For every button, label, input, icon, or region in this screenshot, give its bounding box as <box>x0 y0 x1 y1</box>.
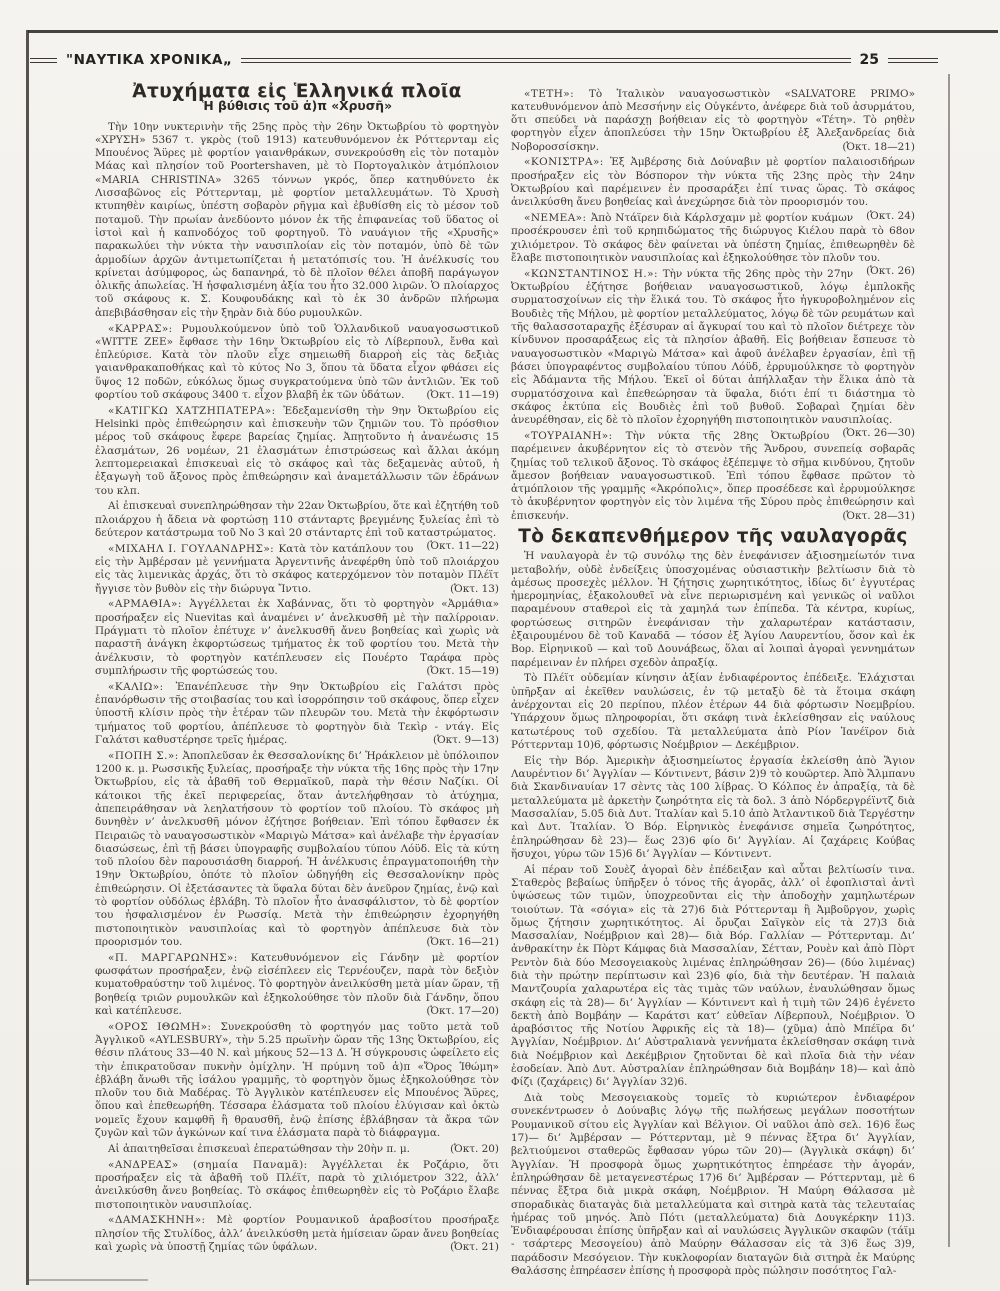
ship-name: «ΜΙΧΑΗΛ Ι. ΓΟΥΛΑΝΔΡΗΣ»: <box>108 543 278 555</box>
ship-name: «ΑΡΜΑΘΙΑ»: <box>108 598 189 610</box>
news-entry: Αἱ ἀπαιτηθεῖσαι ἐπισκευαὶ ἐπερατώθησαν τ… <box>95 1143 499 1156</box>
news-entry: «ΑΝΔΡΕΑΣ» (σημαία Παναμᾶ): Ἀγγέλλεται ἐκ… <box>95 1159 499 1212</box>
section-title: Τὸ δεκαπενθήμερον τῆς ναυλαγορᾶς <box>511 530 915 543</box>
market-paragraph: Αἱ πέραν τοῦ Σουὲζ ἀγοραὶ δὲν ἐπέδειξαν … <box>511 864 915 1090</box>
magazine-page: "ΝΑΥΤΙΚΑ ΧΡΟΝΙΚΑ„ 25 Ἀτυχήματα εἰς Ἑλλην… <box>0 0 1000 1291</box>
right-column: «ΤΕΤΗ»: Τὸ Ἰταλικὸν ναυαγοσωστικὸν «SALV… <box>511 85 915 1281</box>
ship-name: «ΑΝΔΡΕΑΣ» (σημαία Παναμᾶ): <box>108 1159 322 1171</box>
ship-name: «ΚΟΝΙΣΤΡΑ»: <box>524 156 610 168</box>
scan-edge-left <box>26 30 29 1285</box>
ship-name: «ΝΕΜΕΑ»: <box>524 212 591 224</box>
market-paragraph: Εἰς τὴν Βόρ. Ἀμερικὴν ἀξιοσημείωτος ἐργα… <box>511 755 915 861</box>
news-entry: «ΚΑΛΙΩ»: Ἐπανέπλευσε τὴν 9ην Ὀκτωβρίου ε… <box>95 681 499 747</box>
news-entry: «ΚΑΡΡΑΣ»: Ρυμουλκούμενον ὑπὸ τοῦ Ὁλλανδι… <box>95 323 499 403</box>
date-ref: (Ὀκτ. 16—21) <box>413 936 499 949</box>
date-ref: (Ὀκτ. 11—22) <box>413 540 499 553</box>
news-entry: «ΑΡΜΑΘΙΑ»: Ἀγγέλλεται ἐκ Χαβάννας, ὅτι τ… <box>95 598 499 678</box>
news-entry: «ΤΕΤΗ»: Τὸ Ἰταλικὸν ναυαγοσωστικὸν «SALV… <box>511 88 915 154</box>
date-ref: (Ὀκτ. 28—31) <box>829 510 915 523</box>
news-entry: «ΠΟΠΗ Σ.»: Ἀποπλεῦσαν ἐκ Θεσσαλονίκης δι… <box>95 750 499 949</box>
date-ref: (Ὀκτ. 26) <box>853 265 915 278</box>
market-paragraph: Διὰ τοὺς Μεσογειακοὺς τομεῖς τὸ κυριώτερ… <box>511 1092 915 1278</box>
news-entry: «ΤΟΥΡΑΙΑΝΗ»: Τὴν νύκτα τῆς 28ης Ὀκτωβρίο… <box>511 430 915 523</box>
ship-name: «ΔΑΜΑΣΚΗΝΗ»: <box>108 1214 216 1226</box>
page-number: 25 <box>860 52 879 68</box>
news-entry: Τὴν 10ην νυκτερινὴν τῆς 25ης πρὸς τὴν 26… <box>95 121 499 320</box>
article-title: Ἀτυχήματα εἰς Ἑλληνικά πλοῖα <box>95 85 499 98</box>
masthead-title: "ΝΑΥΤΙΚΑ ΧΡΟΝΙΚΑ„ <box>66 52 232 68</box>
ship-name: «ΚΑΡΡΑΣ»: <box>108 323 182 335</box>
news-entry: «ΔΑΜΑΣΚΗΝΗ»: Μὲ φορτίον Ρουμανικοῦ ἀραβο… <box>95 1214 499 1254</box>
ship-name: «ΠΟΠΗ Σ.»: <box>108 750 182 762</box>
ship-name: «ΚΑΤΙΓΚΩ ΧΑΤΖΗΠΑΤΕΡΑ»: <box>108 405 283 417</box>
two-column-layout: Ἀτυχήματα εἰς Ἑλληνικά πλοῖα Ἡ βύθισις τ… <box>0 68 1000 1281</box>
article-subtitle: Ἡ βύθισις τοῦ ἀ)π «Χρυσῆ» <box>95 100 499 113</box>
news-entry: «ΟΡΟΣ ΙΘΩΜΗ»: Συνεκρούσθη τὸ φορτηγόν μα… <box>95 1021 499 1141</box>
date-ref: (Ὀκτ. 21) <box>437 1241 499 1254</box>
ship-name: «ΚΩΝΣΤΑΝΤΙΝΟΣ Η.»: <box>524 268 663 280</box>
ship-name: «Π. ΜΑΡΓΑΡΩΝΗΣ»: <box>108 952 251 964</box>
date-ref: (Ὀκτ. 9—13) <box>420 734 499 747</box>
date-ref: (Ὀκτ. 13) <box>437 583 499 596</box>
scan-edge-bottom <box>28 1279 148 1281</box>
double-rule-center <box>241 58 850 63</box>
date-ref: (Ὀκτ. 24) <box>853 210 915 223</box>
date-ref: (Ὀκτ. 11—19) <box>413 389 499 402</box>
news-entry: «ΚΟΝΙΣΤΡΑ»: Ἐξ Ἀμβέρσης διὰ Δούναβιν μὲ … <box>511 156 915 209</box>
date-ref: (Ὀκτ. 26—30) <box>829 427 915 440</box>
date-ref: (Ὀκτ. 20) <box>437 1143 499 1156</box>
double-rule-left <box>30 58 57 63</box>
news-entry: «ΚΑΤΙΓΚΩ ΧΑΤΖΗΠΑΤΕΡΑ»: Ἐδεξαμενίσθη τὴν … <box>95 405 499 498</box>
ship-name: «ΤΟΥΡΑΙΑΝΗ»: <box>524 430 626 442</box>
date-ref: (Ὀκτ. 15—19) <box>413 665 499 678</box>
date-ref: (Ὀκτ. 18—21) <box>829 141 915 154</box>
news-entry: «ΚΩΝΣΤΑΝΤΙΝΟΣ Η.»: Τὴν νύκτα τῆς 26ης πρ… <box>511 268 915 428</box>
left-column: Ἀτυχήματα εἰς Ἑλληνικά πλοῖα Ἡ βύθισις τ… <box>95 85 499 1281</box>
date-ref: (Ὀκτ. 17—20) <box>413 1005 499 1018</box>
news-entry: «Π. ΜΑΡΓΑΡΩΝΗΣ»: Κατευθυνόμενον εἰς Γάνδ… <box>95 952 499 1018</box>
market-paragraph: Ἡ ναυλαγορὰ ἐν τῷ συνόλῳ της δὲν ἐνεφάνι… <box>511 550 915 670</box>
market-paragraph: Τὸ Πλέϊτ οὐδεμίαν κίνησιν ἀξίαν ἐνδιαφέρ… <box>511 672 915 752</box>
news-entry: Αἱ ἐπισκευαὶ συνεπληρώθησαν τὴν 22αν Ὀκτ… <box>95 500 499 540</box>
scan-edge-top <box>28 30 998 33</box>
double-rule-right <box>888 58 938 63</box>
ship-name: «ΤΕΤΗ»: <box>524 88 589 100</box>
masthead-row: "ΝΑΥΤΙΚΑ ΧΡΟΝΙΚΑ„ 25 <box>0 52 1000 68</box>
scan-edge-right <box>948 74 950 1247</box>
ship-name: «ΟΡΟΣ ΙΘΩΜΗ»: <box>108 1021 221 1033</box>
ship-name: «ΚΑΛΙΩ»: <box>108 681 176 693</box>
